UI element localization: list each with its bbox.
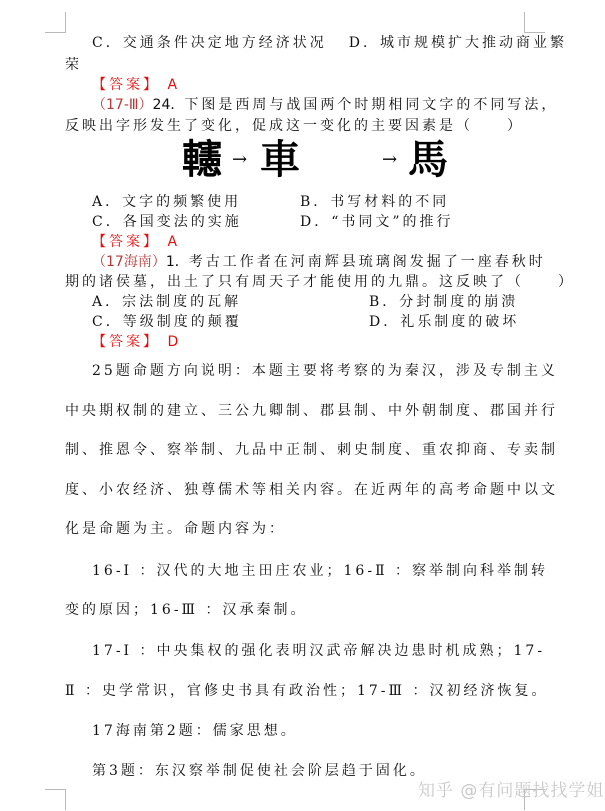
zhihu-watermark: 知乎 @有问题找找学姐 <box>418 776 604 801</box>
question-source: （17-Ⅲ） <box>92 97 153 113</box>
question-source: （17海南） <box>92 254 166 270</box>
q24-answer: 【答案】 A <box>92 233 177 251</box>
q1-option-d: D．礼乐制度的破坏 <box>369 313 519 331</box>
page-corner-mark-top-left <box>45 12 66 33</box>
q1-option-a: A．宗法制度的瓦解 <box>92 293 241 311</box>
explanation-line: 度、小农经济、独尊儒术等相关内容。在近两年的高考命题中以文 <box>65 481 558 499</box>
q23-option-d-wrap: 荣 <box>65 56 82 74</box>
answer-value: A <box>167 77 177 93</box>
q24-stem-line2: 反映出字形发生了变化，促成这一变化的主要因素是（ ） <box>65 117 524 135</box>
q24-option-b: B．书写材料的不同 <box>300 193 449 211</box>
explanation-line: 第3题：东汉察举制促使社会阶层趋于固化。 <box>92 762 427 780</box>
q1-option-b: B．分封制度的崩溃 <box>369 293 518 311</box>
q1-stem-line2: 期的诸侯墓，出土了只有周天子才能使用的九鼎。这反映了（ ） <box>65 273 575 291</box>
question-stem: 考古工作者在河南辉县琉璃阁发掘了一座春秋时 <box>189 254 546 270</box>
answer-value: A <box>167 234 177 250</box>
arrow-icon: → <box>232 135 247 185</box>
question-stem: 下图是西周与战国两个时期相同文字的不同写法， <box>184 97 558 113</box>
q24-option-a: A．文字的频繁使用 <box>92 193 241 211</box>
q1-answer: 【答案】 D <box>92 333 178 351</box>
q24-stem-line1: （17-Ⅲ）24．下图是西周与战国两个时期相同文字的不同写法， <box>92 96 558 114</box>
explanation-line: 变的原因；16-Ⅲ ：汉承秦制。 <box>65 601 308 619</box>
q23-options-cd: C．交通条件决定地方经济状况D．城市规模扩大推动商业繁 <box>92 34 567 52</box>
explanation-line: 25题命题方向说明：本题主要将考察的为秦汉，涉及专制主义 <box>92 362 558 380</box>
question-number: 1． <box>166 254 189 270</box>
explanation-line: 17-Ⅰ ：中央集权的强化表明汉武帝解决边患时机成熟；17- <box>92 642 545 660</box>
q23-option-d: D．城市规模扩大推动商业繁 <box>349 35 567 51</box>
explanation-line: 17海南第2题：儒家思想。 <box>92 722 298 740</box>
arrow-icon: → <box>382 135 397 185</box>
page-corner-mark-top-right <box>524 12 545 33</box>
page-corner-mark-bottom-left <box>45 789 66 810</box>
explanation-line: Ⅱ ：史学常识，官修史书具有政治性；17-Ⅲ ：汉初经济恢复。 <box>65 682 548 700</box>
answer-value: D <box>167 334 178 350</box>
ancient-script-figure: 𨏥 → 車 𩡧 → 馬 <box>182 135 442 190</box>
explanation-line: 制、推恩令、察举制、九品中正制、刺史制度、重农抑商、专卖制 <box>65 441 558 459</box>
warring-states-ma-glyph: 馬 <box>408 135 448 185</box>
question-number: 24． <box>153 97 185 113</box>
q1-option-c: C．等级制度的颠覆 <box>92 313 242 331</box>
q23-answer: 【答案】 A <box>92 76 177 94</box>
answer-label: 【答案】 <box>92 77 160 93</box>
answer-label: 【答案】 <box>92 334 160 350</box>
q24-option-d: D．“书同文”的推行 <box>300 213 454 231</box>
q24-option-c: C．各国变法的实施 <box>92 213 242 231</box>
answer-label: 【答案】 <box>92 234 160 250</box>
explanation-line: 化是命题为主。命题内容为： <box>65 520 286 538</box>
explanation-line: 中央期权制的建立、三公九卿制、郡县制、中外朝制度、郡国并行 <box>65 402 558 420</box>
q1-stem-line1: （17海南）1．考古工作者在河南辉县琉璃阁发掘了一座春秋时 <box>92 253 546 271</box>
warring-states-che-glyph: 車 <box>260 135 300 185</box>
q23-option-c: C．交通条件决定地方经济状况 <box>92 35 327 51</box>
western-zhou-che-glyph: 𨏥 <box>182 135 222 185</box>
explanation-line: 16-Ⅰ ：汉代的大地主田庄农业；16-Ⅱ ：察举制向科举制转 <box>92 562 548 580</box>
